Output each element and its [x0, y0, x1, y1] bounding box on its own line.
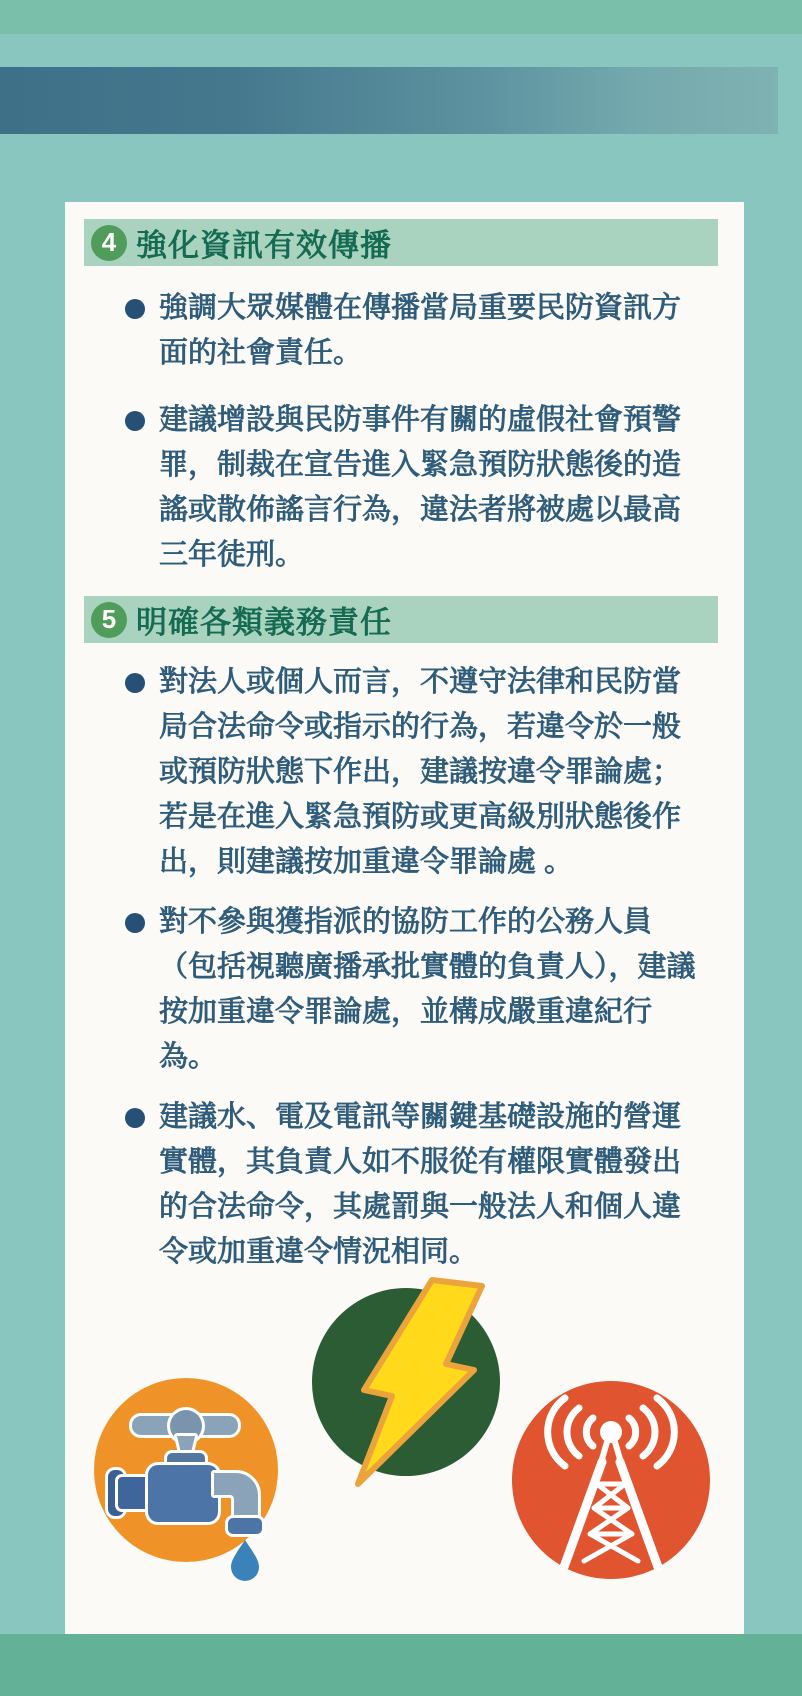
- bullet-text: 對不參與獲指派的協防工作的公務人員（包括視聽廣播承批實體的負責人），建議按加重違…: [159, 900, 696, 1080]
- bullet-dot: [125, 1108, 145, 1128]
- water-tap-icon: [76, 1360, 296, 1580]
- lightning-electricity-icon: [296, 1272, 516, 1492]
- bullet-dot: [125, 411, 145, 431]
- header-accent-bar: [0, 67, 778, 134]
- bullet-item: 對不參與獲指派的協防工作的公務人員（包括視聽廣播承批實體的負責人），建議按加重違…: [125, 900, 696, 1080]
- bullet-text: 建議增設與民防事件有關的虛假社會預警罪，制裁在宣告進入緊急預防狀態後的造謠或散佈…: [159, 398, 696, 578]
- bullet-item: 建議增設與民防事件有關的虛假社會預警罪，制裁在宣告進入緊急預防狀態後的造謠或散佈…: [125, 398, 696, 578]
- section-4-number-badge: 4: [91, 225, 127, 261]
- bullet-item: 建議水、電及電訊等關鍵基礎設施的營運實體，其負責人如不服從有權限實體發出的合法命…: [125, 1095, 696, 1275]
- bullet-dot: [125, 299, 145, 319]
- section-5-number-badge: 5: [91, 602, 127, 638]
- section-5-header: 5 明確各類義務責任: [84, 596, 718, 643]
- radio-tower-icon: [501, 1370, 721, 1590]
- top-strip: [0, 0, 802, 34]
- bullet-text: 對法人或個人而言，不遵守法律和民防當局合法命令或指示的行為，若違令於一般或預防狀…: [159, 660, 696, 885]
- content-card: 4 強化資訊有效傳播 強調大眾媒體在傳播當局重要民防資訊方面的社會責任。 建議增…: [65, 202, 744, 1634]
- infographic-page: 4 強化資訊有效傳播 強調大眾媒體在傳播當局重要民防資訊方面的社會責任。 建議增…: [0, 0, 802, 1696]
- telecom-icon-circle: [512, 1381, 710, 1579]
- bullet-dot: [125, 673, 145, 693]
- section-4-title: 強化資訊有效傳播: [136, 220, 392, 265]
- bullet-text: 建議水、電及電訊等關鍵基礎設施的營運實體，其負責人如不服從有權限實體發出的合法命…: [159, 1095, 696, 1275]
- bullet-dot: [125, 913, 145, 933]
- section-5-title: 明確各類義務責任: [136, 597, 392, 642]
- bullet-item: 強調大眾媒體在傳播當局重要民防資訊方面的社會責任。: [125, 286, 696, 376]
- section-4-header: 4 強化資訊有效傳播: [84, 219, 718, 266]
- bottom-strip: [0, 1634, 802, 1696]
- bullet-text: 強調大眾媒體在傳播當局重要民防資訊方面的社會責任。: [159, 286, 696, 376]
- bullet-item: 對法人或個人而言，不遵守法律和民防當局合法命令或指示的行為，若違令於一般或預防狀…: [125, 660, 696, 885]
